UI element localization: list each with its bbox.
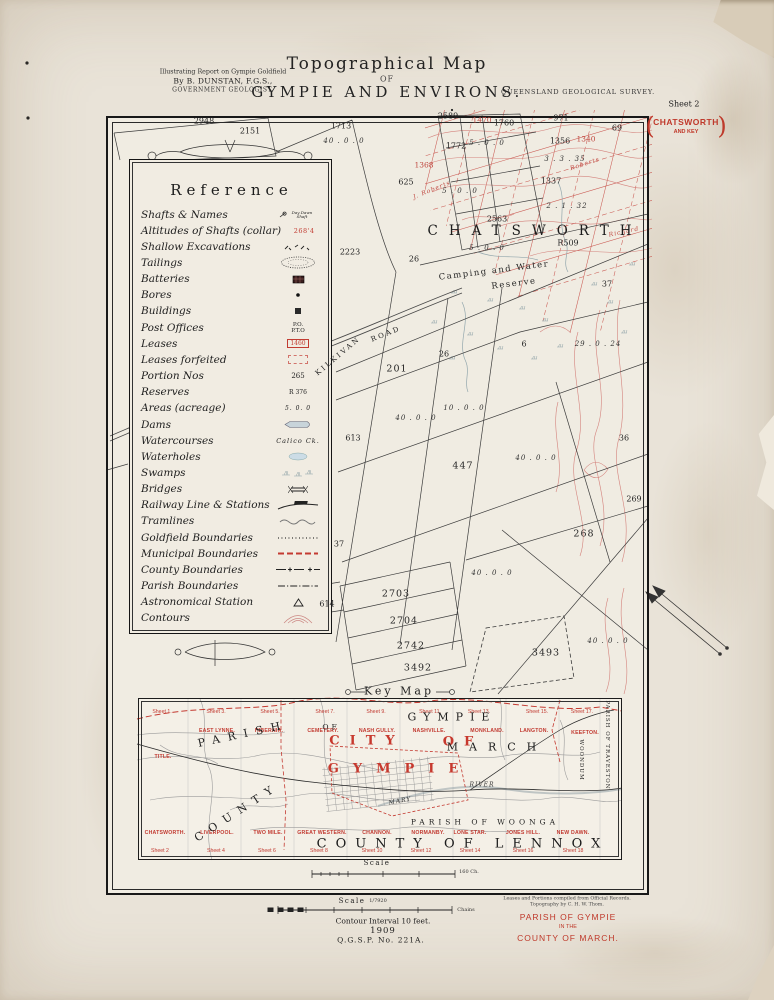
lease-symbol: 1460	[275, 339, 321, 348]
legend-row: WatercoursesCalico Ck.	[141, 433, 321, 448]
shaft-symbol: Day Dawn Shaft	[275, 210, 321, 219]
tailings-symbol	[275, 256, 321, 269]
legend-row: Shallow Excavations	[141, 239, 321, 254]
edge-tear	[748, 945, 774, 1000]
legend-label: Bores	[141, 289, 172, 301]
alt-symbol-text: 268'4	[294, 227, 315, 235]
legend-row: Astronomical Station	[141, 595, 321, 610]
scale-fraction: 1/7920	[369, 898, 387, 904]
legend-label: Buildings	[141, 305, 191, 317]
scale-label: Scale	[339, 897, 366, 905]
buildings-symbol	[275, 307, 321, 315]
map-title: Topographical Map	[287, 54, 488, 74]
legend-row: Dams	[141, 417, 321, 432]
legend-label: Goldfield Boundaries	[141, 532, 253, 544]
legend-label: Contours	[141, 612, 190, 624]
legend-row: Goldfield Boundaries	[141, 530, 321, 545]
qgsp-number: Q.G.S.P. No. 221A.	[337, 936, 425, 945]
astro-symbol	[275, 598, 321, 607]
reserve-symbol: R 376	[275, 389, 321, 396]
reserve-symbol-text: R 376	[289, 389, 307, 396]
legend-label: Bridges	[141, 483, 182, 495]
legend-row: Tailings	[141, 255, 321, 270]
municipal-symbol	[275, 551, 321, 556]
legend-title: Reference	[141, 181, 322, 201]
legend-label: Leases forfeited	[141, 354, 227, 366]
swamps-symbol	[275, 469, 321, 478]
legend-label: Swamps	[141, 467, 186, 479]
legend-label: Watercourses	[141, 435, 214, 447]
legend-label: Tramlines	[141, 515, 194, 527]
reference-legend-inner: Reference Shafts & NamesDay Dawn ShaftAl…	[132, 162, 329, 631]
north-arrow-icon	[646, 586, 728, 655]
area-symbol-text: 5. 0. 0	[285, 405, 311, 412]
legend-row: Bores	[141, 288, 321, 303]
legend-row: Areas (acreage)5. 0. 0	[141, 401, 321, 416]
contour-interval-note: Contour Interval 10 feet.	[336, 917, 431, 926]
torn-corner	[700, 0, 774, 58]
legend-label: Portion Nos	[141, 370, 204, 382]
legend-label: Municipal Boundaries	[141, 548, 258, 560]
legend-label: Reserves	[141, 386, 189, 398]
legend-row: Contours	[141, 611, 321, 626]
parish-symbol	[275, 584, 321, 588]
credit-line-1: Illustrating Report on Gympie Goldfield	[160, 69, 287, 76]
legend-label: Tailings	[141, 257, 182, 269]
legend-row: Batteries	[141, 272, 321, 287]
legend-label: Post Offices	[141, 322, 204, 334]
legend-row: Swamps	[141, 466, 321, 481]
map-subtitle: GYMPIE AND ENVIRONS.	[251, 83, 523, 101]
portion-symbol: 265	[275, 372, 321, 380]
legend-row: ReservesR 376	[141, 385, 321, 400]
goldfield-symbol	[275, 536, 321, 540]
county-symbol	[275, 566, 321, 573]
edge-tear	[757, 415, 774, 510]
legend-row: Post OfficesP.O.P.T.O	[141, 320, 321, 335]
alt-symbol: 268'4	[281, 227, 327, 235]
legend-label: Shafts & Names	[141, 209, 228, 221]
footer-credit-1: Leases and Portions compiled from Offici…	[503, 897, 630, 902]
legend-row: Waterholes	[141, 449, 321, 464]
survey-name: QUEENSLAND GEOLOGICAL SURVEY.	[501, 88, 655, 96]
legend-label: Areas (acreage)	[141, 402, 226, 414]
legend-label: Parish Boundaries	[141, 580, 238, 592]
scanned-map-sheet: { "colors":{"accent_red":"#c0392b","cont…	[0, 0, 774, 1000]
reference-legend: Reference Shafts & NamesDay Dawn ShaftAl…	[129, 159, 332, 634]
keymap-scale-label: Scale	[364, 859, 391, 867]
lease-symbol-text: 1460	[287, 339, 308, 348]
legend-row: Tramlines	[141, 514, 321, 529]
dams-symbol	[275, 420, 321, 429]
watercourse-symbol-text: Calico Ck.	[276, 437, 320, 445]
keymap-scale-end: 160 Ch.	[459, 869, 479, 875]
footer-in-the: IN THE	[559, 924, 577, 930]
paper-stain	[555, 915, 755, 990]
po-symbol-text: P.O.P.T.O	[291, 322, 304, 334]
railway-symbol	[275, 500, 321, 511]
legend-row: County Boundaries	[141, 562, 321, 577]
publication-year: 1909	[370, 926, 396, 936]
stamp-subtitle: AND KEY	[674, 129, 699, 135]
legend-label: Altitudes of Shafts (collar)	[141, 225, 281, 237]
keymap-title: Key Map	[364, 685, 434, 698]
legend-rows: Shafts & NamesDay Dawn ShaftAltitudes of…	[141, 207, 321, 626]
batteries-symbol	[275, 275, 321, 284]
legend-row: Municipal Boundaries	[141, 546, 321, 561]
po-symbol: P.O.P.T.O	[275, 322, 321, 334]
sheet-number: Sheet 2	[669, 100, 700, 109]
portion-symbol-text: 265	[291, 372, 304, 380]
scale-unit: Chains	[457, 907, 474, 913]
keymap-background	[139, 699, 621, 860]
footer-credit-2: Topography by C. H. W. Thom.	[530, 903, 604, 908]
legend-row: Buildings	[141, 304, 321, 319]
leasef-symbol	[275, 355, 321, 364]
waterholes-symbol	[275, 452, 321, 461]
watercourse-symbol: Calico Ck.	[275, 437, 321, 445]
stamp-title: CHATSWORTH	[653, 117, 719, 127]
contours-symbol	[275, 613, 321, 624]
legend-row: Altitudes of Shafts (collar)268'4	[141, 223, 321, 238]
legend-label: Dams	[141, 419, 171, 431]
legend-row: Portion Nos265	[141, 369, 321, 384]
footer-county: COUNTY OF MARCH.	[517, 933, 619, 943]
area-symbol: 5. 0. 0	[275, 405, 321, 412]
legend-label: Astronomical Station	[141, 596, 253, 608]
legend-row: Shafts & NamesDay Dawn Shaft	[141, 207, 321, 222]
legend-row: Leases1460	[141, 336, 321, 351]
legend-label: Waterholes	[141, 451, 201, 463]
legend-row: Bridges	[141, 482, 321, 497]
legend-row: Railway Line & Stations	[141, 498, 321, 513]
legend-label: Shallow Excavations	[141, 241, 251, 253]
legend-label: Leases	[141, 338, 177, 350]
legend-label: Railway Line & Stations	[141, 499, 270, 511]
legend-row: Parish Boundaries	[141, 579, 321, 594]
bridges-symbol	[275, 485, 321, 494]
paper-stain	[650, 420, 765, 650]
main-scale-bar	[268, 906, 452, 914]
shallow-symbol	[275, 243, 321, 251]
bores-symbol	[275, 292, 321, 298]
footer-parish: PARISH OF GYMPIE	[520, 912, 617, 922]
shaft-symbol-text: Day Dawn Shaft	[287, 211, 317, 219]
legend-row: Leases forfeited	[141, 352, 321, 367]
legend-label: County Boundaries	[141, 564, 243, 576]
legend-label: Batteries	[141, 273, 190, 285]
tramline-symbol	[275, 517, 321, 525]
